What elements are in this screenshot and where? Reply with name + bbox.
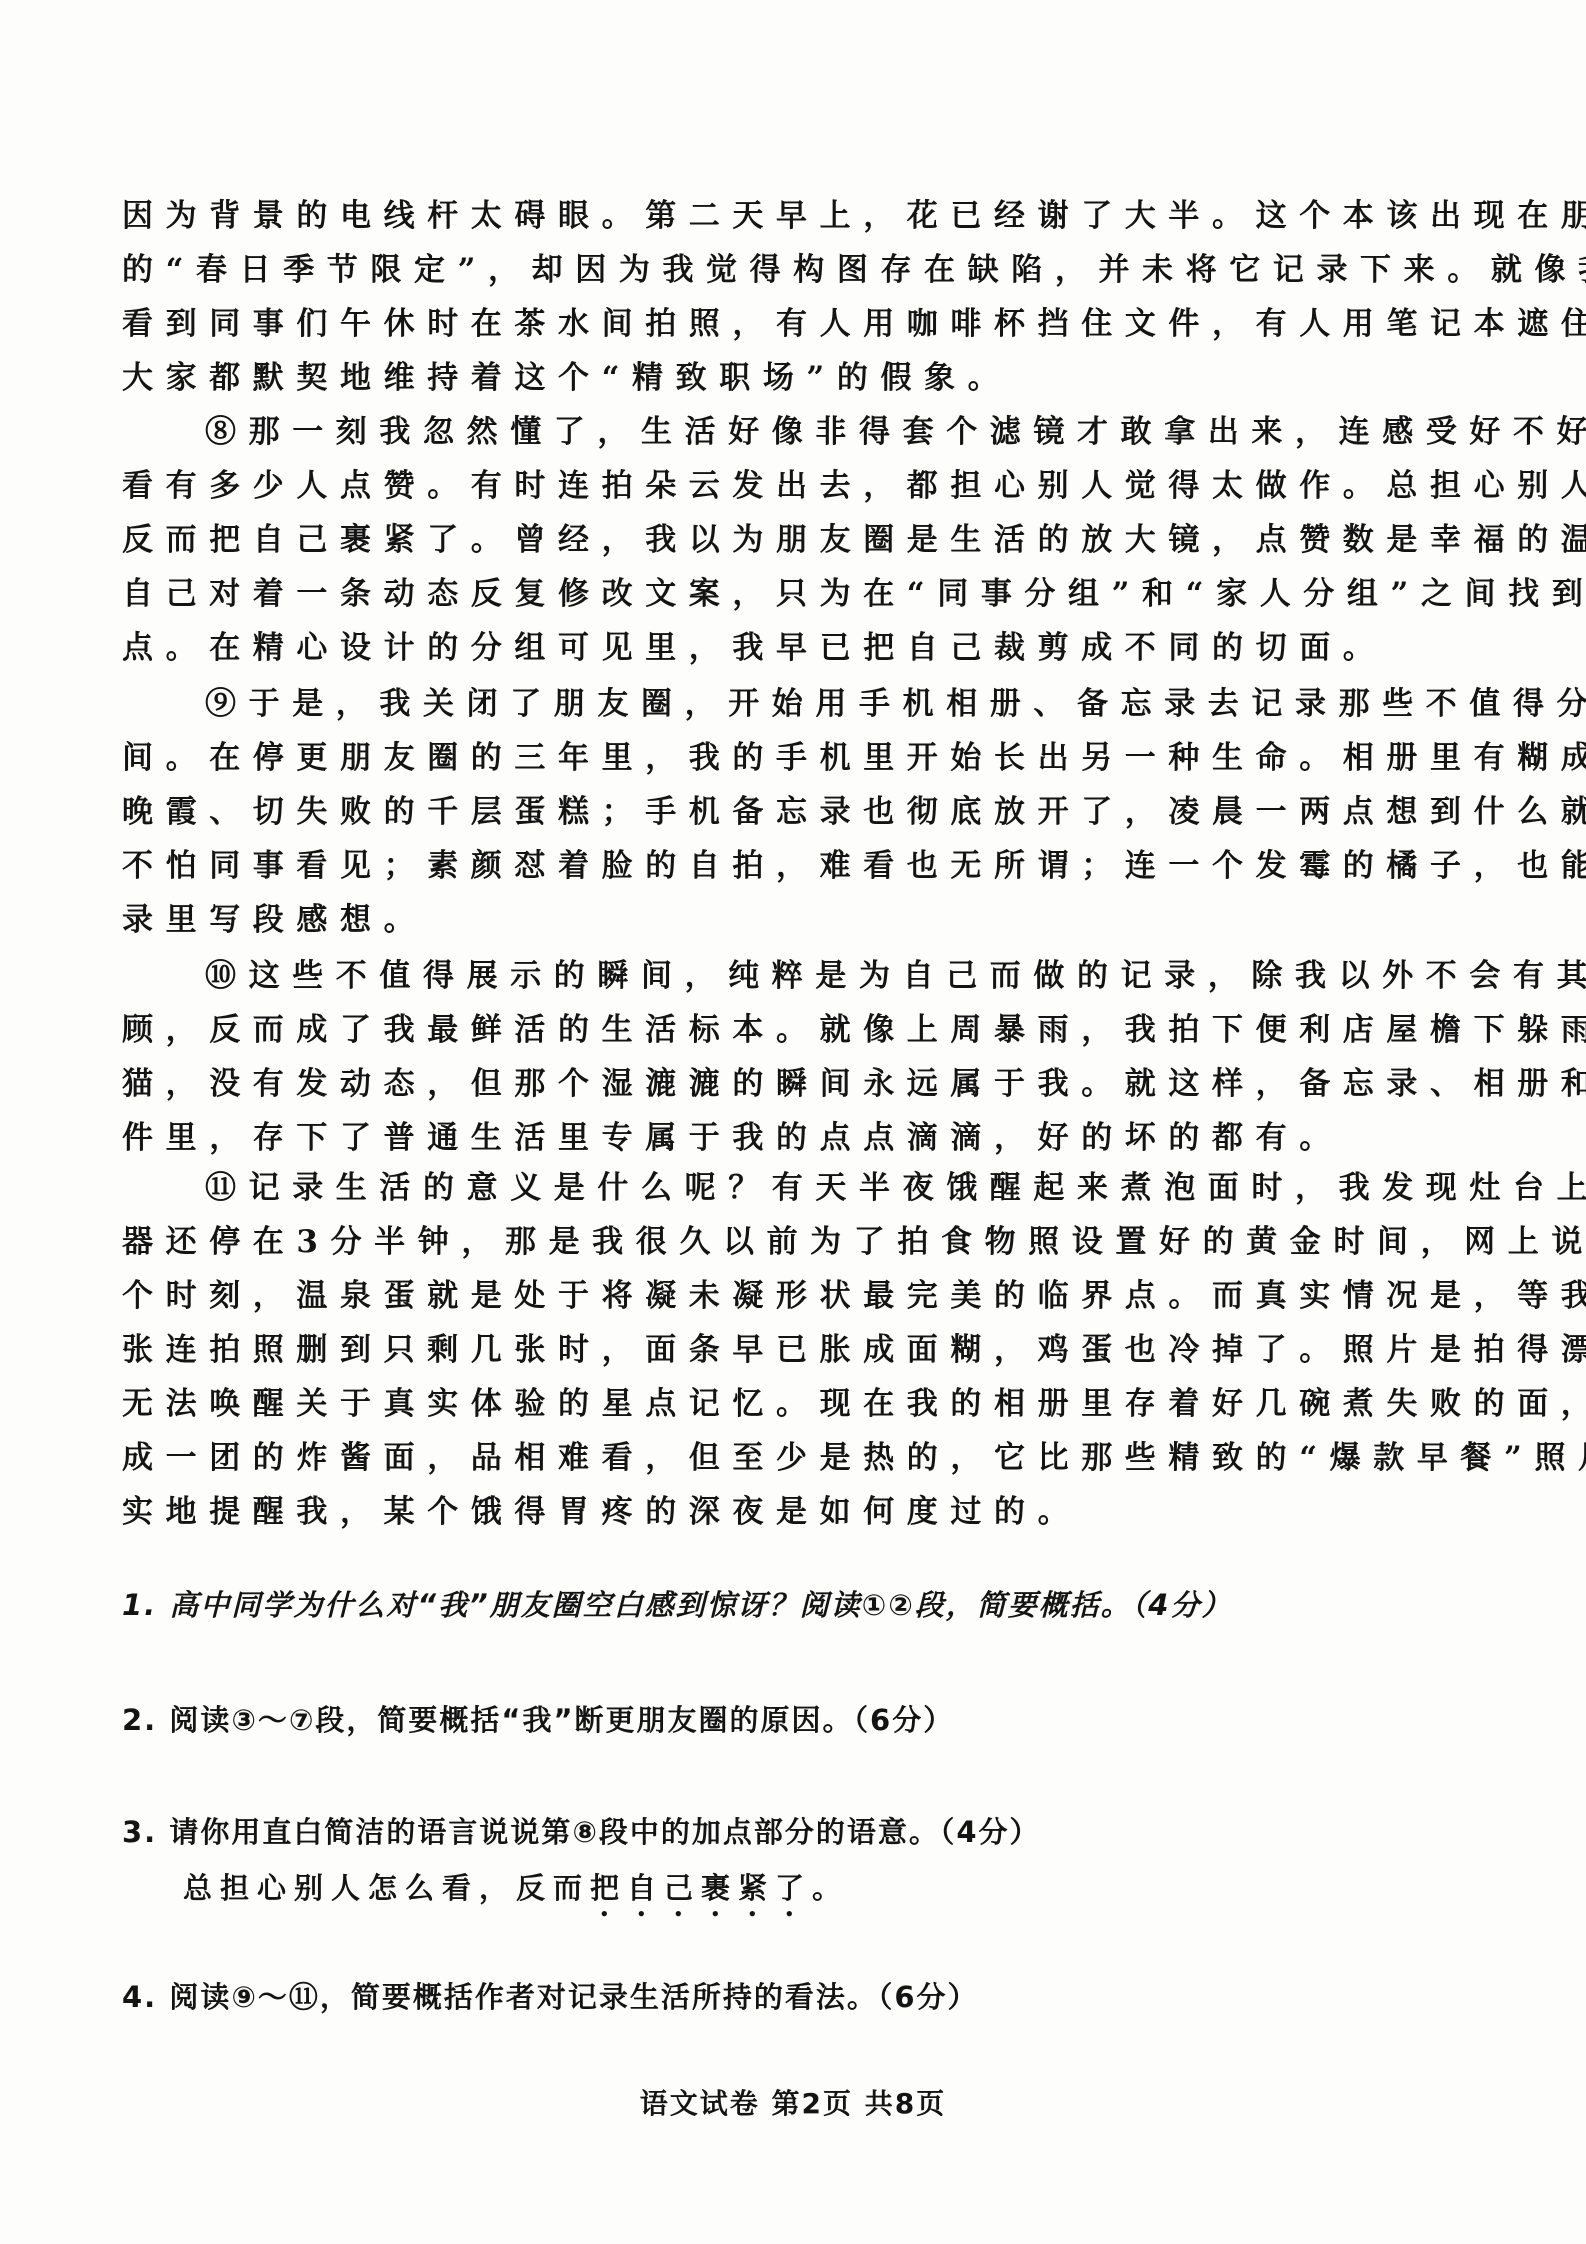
passage-line: 反而把自己裹紧了。曾经，我以为朋友圈是生活的放大镜，点赞数是幸福的温度计。 [122, 520, 1332, 560]
paragraph-8-start: ⑧那一刻我忽然懂了，生活好像非得套个滤镜才敢拿出来，连感受好不好，都得 [205, 412, 1415, 452]
paragraph-11-start: ⑪记录生活的意义是什么呢？有天半夜饿醒起来煮泡面时，我发现灶台上的计时 [205, 1168, 1415, 1208]
passage-line: 顾，反而成了我最鲜活的生活标本。就像上周暴雨，我拍下便利店屋檐下躲雨的流浪 [122, 1010, 1332, 1050]
passage-line: 无法唤醒关于真实体验的星点记忆。现在我的相册里存着好几碗煮失败的面，那碗糊 [122, 1384, 1332, 1424]
paragraph-9-start: ⑨于是，我关闭了朋友圈，开始用手机相册、备忘录去记录那些不值得分享的瞬 [205, 684, 1415, 724]
passage-line: 因为背景的电线杆太碍眼。第二天早上，花已经谢了大半。这个本该出现在朋友圈里 [122, 196, 1332, 236]
passage-line: 张连拍照删到只剩几张时，面条早已胀成面糊，鸡蛋也冷掉了。照片是拍得漂亮，但 [122, 1330, 1332, 1370]
question-3-quote: 总担心别人怎么看，反而把自己裹紧了。 [183, 1868, 849, 1923]
question-text: 请你用直白简洁的语言说说第⑧段中的加点部分的语意。（4分） [169, 1815, 1040, 1849]
paragraph-10-start: ⑩这些不值得展示的瞬间，纯粹是为自己而做的记录，除我以外不会有其他人光 [205, 956, 1415, 996]
page-footer: 语文试卷 第2页 共8页 [0, 2082, 1586, 2122]
passage-line: 实地提醒我，某个饿得胃疼的深夜是如何度过的。 [122, 1492, 1332, 1532]
passage-line: 晚霞、切失败的千层蛋糕；手机备忘录也彻底放开了，凌晨一两点想到什么就写什么， [122, 792, 1332, 832]
passage-line: 个时刻，温泉蛋就是处于将凝未凝形状最完美的临界点。而真实情况是，等我把几十 [122, 1276, 1332, 1316]
quote-end: 。 [812, 1871, 849, 1905]
question-number: 1. [122, 1588, 157, 1622]
question-4: 4. 阅读⑨～⑪，简要概括作者对记录生活所持的看法。（6分） [122, 1977, 979, 2017]
passage-line: 看到同事们午休时在茶水间拍照，有人用咖啡杯挡住文件，有人用笔记本遮住外卖盒。 [122, 304, 1332, 344]
passage-line: 间。在停更朋友圈的三年里，我的手机里开始长出另一种生命。相册里有糊成光影的 [122, 738, 1332, 778]
question-text: 阅读⑨～⑪，简要概括作者对记录生活所持的看法。（6分） [169, 1980, 978, 2014]
question-text: 高中同学为什么对“我”朋友圈空白感到惊讶？阅读①②段，简要概括。（4分） [169, 1588, 1232, 1622]
question-2: 2. 阅读③～⑦段，简要概括“我”断更朋友圈的原因。（6分） [122, 1700, 954, 1740]
question-number: 2. [122, 1703, 157, 1737]
passage-line: 大家都默契地维持着这个“精致职场”的假象。 [122, 358, 1332, 398]
passage-line: 器还停在3分半钟，那是我很久以前为了拍食物照设置好的黄金时间，网上说卡在这 [122, 1222, 1332, 1262]
passage-line: 不怕同事看见；素颜怼着脸的自拍，难看也无所谓；连一个发霉的橘子，也能在备忘 [122, 846, 1332, 886]
question-number: 4. [122, 1980, 157, 2014]
passage-line: 猫，没有发动态，但那个湿漉漉的瞬间永远属于我。就这样，备忘录、相册和录音软 [122, 1064, 1332, 1104]
question-number: 3. [122, 1815, 157, 1849]
passage-line: 看有多少人点赞。有时连拍朵云发出去，都担心别人觉得太做作。总担心别人怎么看， [122, 466, 1332, 506]
question-1: 1. 高中同学为什么对“我”朋友圈空白感到惊讶？阅读①②段，简要概括。（4分） [122, 1585, 1232, 1625]
passage-line: 点。在精心设计的分组可见里，我早已把自己裁剪成不同的切面。 [122, 628, 1332, 668]
passage-line: 自己对着一条动态反复修改文案，只为在“同事分组”和“家人分组”之间找到平衡 [122, 574, 1332, 614]
passage-line: 件里，存下了普通生活里专属于我的点点滴滴，好的坏的都有。 [122, 1118, 1332, 1158]
passage-line: 成一团的炸酱面，品相难看，但至少是热的，它比那些精致的“爆款早餐”照片更真 [122, 1438, 1332, 1478]
question-text: 阅读③～⑦段，简要概括“我”断更朋友圈的原因。（6分） [169, 1703, 954, 1737]
passage-line: 的“春日季节限定”，却因为我觉得构图存在缺陷，并未将它记录下来。就像我经常 [122, 250, 1332, 290]
quote-plain: 总担心别人怎么看，反而 [183, 1871, 590, 1905]
question-3: 3. 请你用直白简洁的语言说说第⑧段中的加点部分的语意。（4分） [122, 1812, 1041, 1852]
quote-dotted-emphasis: 把自己裹紧了 [590, 1871, 812, 1905]
passage-line: 录里写段感想。 [122, 900, 1332, 940]
